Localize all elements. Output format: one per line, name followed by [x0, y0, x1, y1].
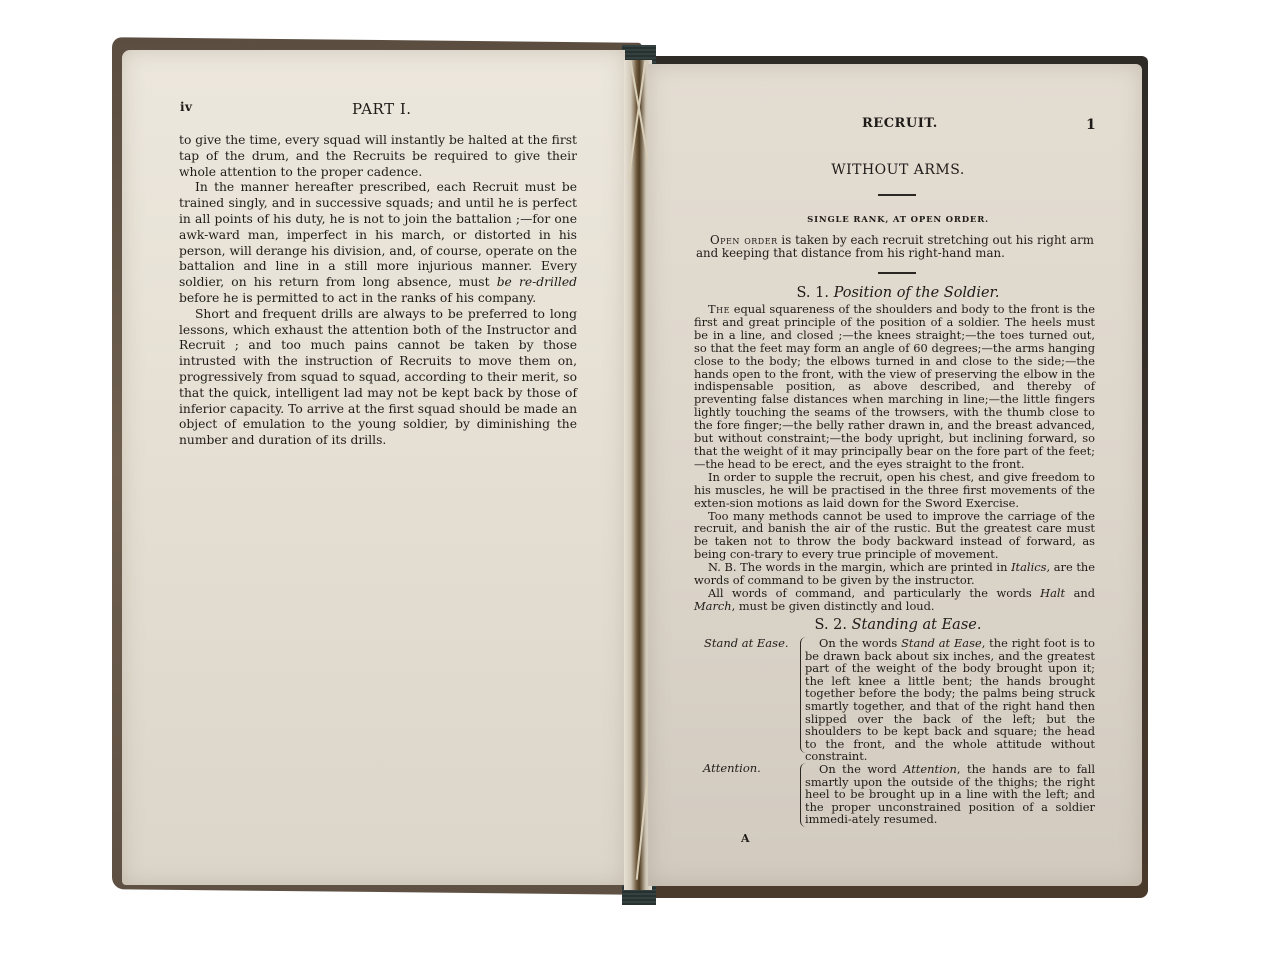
section-1-title: S. 1. Position of the Soldier. — [696, 285, 1100, 301]
open-book: iv PART I. to give the time, every squad… — [0, 0, 1280, 960]
left-page-number: iv — [180, 100, 193, 114]
right-running-head: RECRUIT. — [862, 116, 938, 131]
section-2-title: S. 2. Standing at Ease. — [696, 617, 1100, 633]
left-page-body: to give the time, every squad will insta… — [179, 133, 577, 449]
margin-command-attention: Attention. — [703, 761, 761, 775]
margin-command-stand-at-ease: Stand at Ease. — [704, 636, 789, 650]
signature-mark: A — [741, 832, 750, 845]
stand-at-ease-paragraph: On the words Stand at Ease, the right fo… — [800, 637, 1095, 753]
paragraph: In the manner hereafter prescribed, each… — [179, 180, 577, 306]
right-page-number: 1 — [1086, 117, 1096, 133]
divider-rule — [878, 272, 916, 274]
open-order-paragraph: Open order is taken by each recruit stre… — [696, 234, 1094, 259]
section-1-body: The equal squareness of the shoulders an… — [694, 303, 1095, 613]
left-running-head: PART I. — [352, 100, 412, 118]
attention-paragraph: On the word Attention, the hands are to … — [800, 763, 1095, 827]
chapter-title: WITHOUT ARMS. — [696, 162, 1100, 178]
paragraph: to give the time, every squad will insta… — [179, 133, 577, 180]
divider-rule — [878, 194, 916, 196]
paragraph: Short and frequent drills are always to … — [179, 307, 577, 449]
subheading: SINGLE RANK, AT OPEN ORDER. — [696, 215, 1100, 225]
